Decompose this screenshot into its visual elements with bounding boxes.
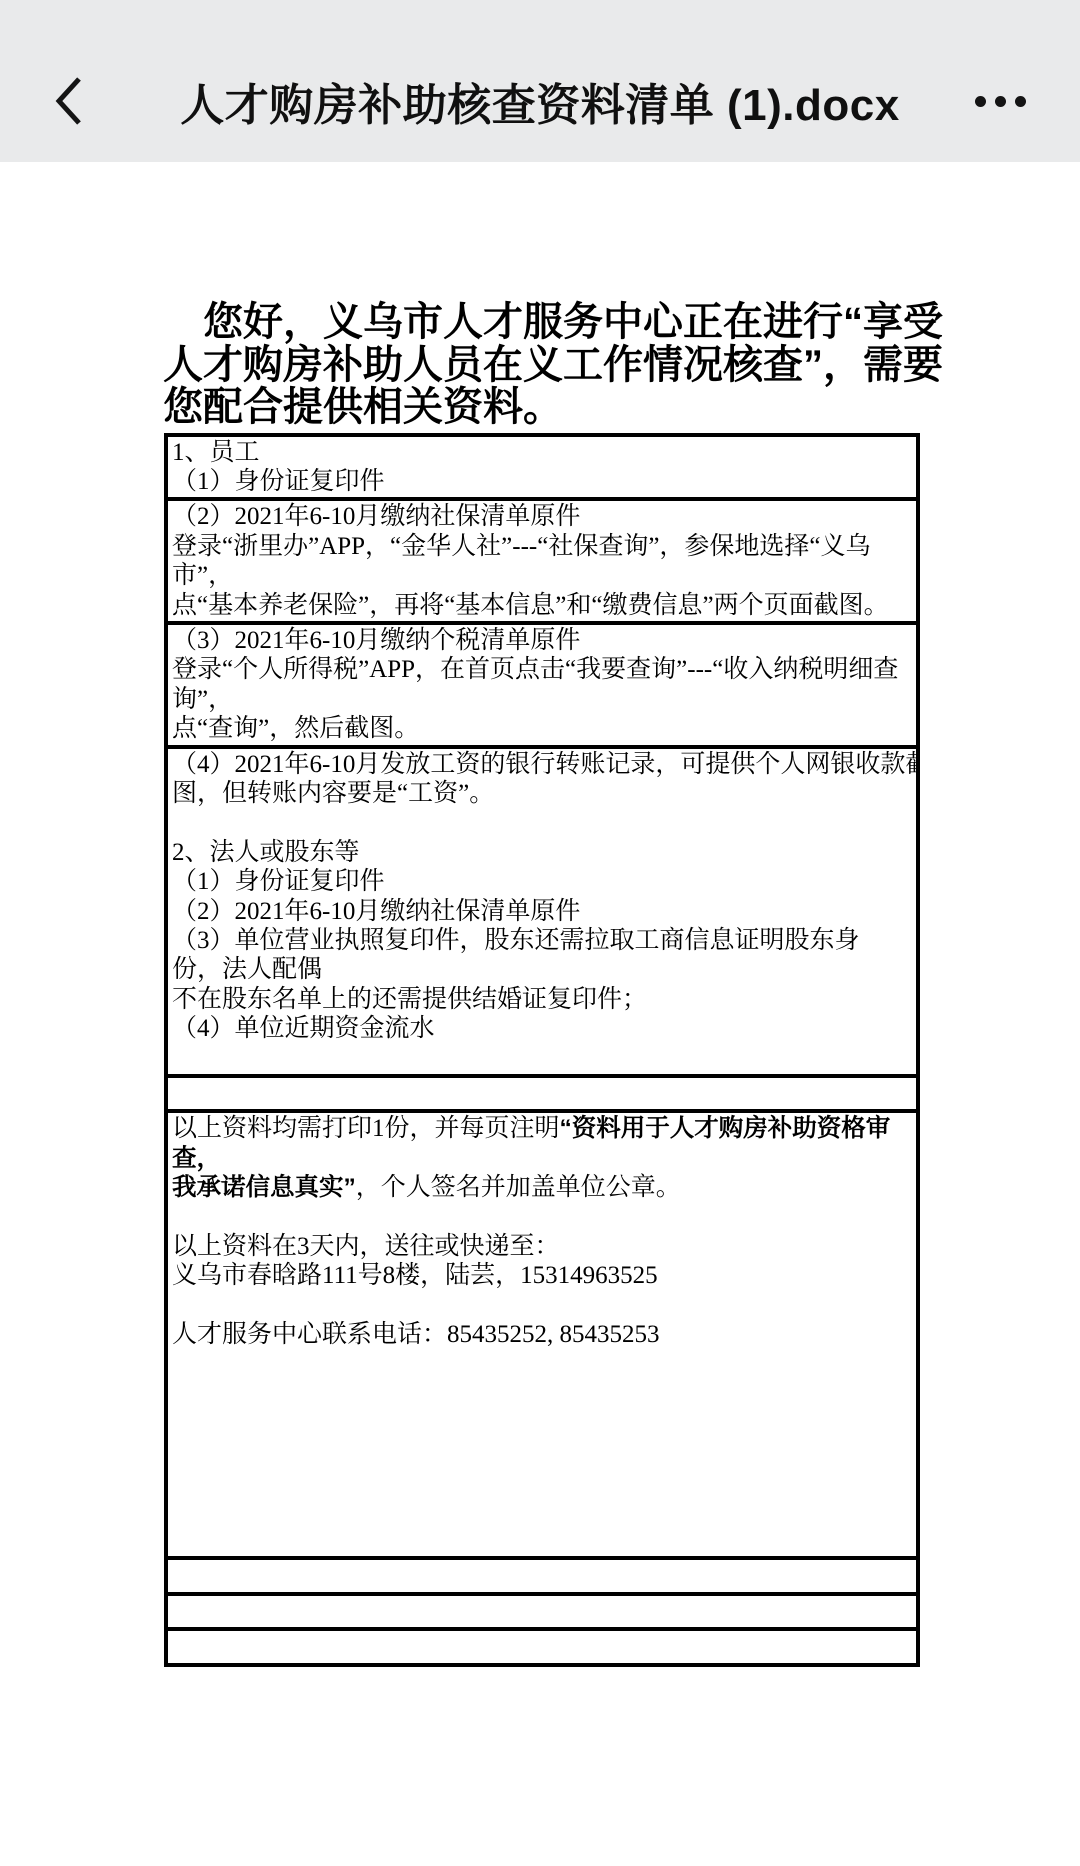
doc-line: 不在股东名单上的还需提供结婚证复印件； — [172, 985, 912, 1014]
table-cell: （2）2021年6-10月缴纳社保清单原件登录“浙里办”APP，“金华人社”--… — [166, 499, 918, 623]
doc-line: （3）2021年6-10月缴纳个税清单原件 — [172, 626, 912, 655]
doc-line — [172, 1561, 912, 1590]
table-cell — [166, 1558, 918, 1593]
document-page: 您好，义乌市人才服务中心正在进行“享受人才购房补助人员在义工作情况核查”，需要您… — [0, 162, 1080, 1667]
doc-line: 以上资料在3天内，送往或快递至： — [172, 1232, 912, 1261]
table-cell: （3）2021年6-10月缴纳个税清单原件登录“个人所得税”APP，在首页点击“… — [166, 623, 918, 747]
bold-text: 查， — [172, 1145, 221, 1172]
table-row — [166, 1558, 918, 1593]
intro-paragraph: 您好，义乌市人才服务中心正在进行“享受人才购房补助人员在义工作情况核查”，需要您… — [163, 301, 963, 429]
doc-line: 点“查询”，然后截图。 — [172, 714, 912, 743]
doc-line — [172, 1408, 912, 1437]
table-cell: 1、员工（1）身份证复印件 — [166, 435, 918, 500]
doc-line: 询”， — [172, 685, 912, 714]
doc-line — [172, 1467, 912, 1496]
doc-line — [172, 1597, 912, 1626]
doc-line: 以上资料均需打印1份，并每页注明“资料用于人才购房补助资格审 — [172, 1114, 912, 1143]
doc-line: （2）2021年6-10月缴纳社保清单原件 — [172, 897, 912, 926]
doc-line: 市”， — [172, 561, 912, 590]
doc-line: 图，但转账内容要是“工资”。 — [172, 779, 912, 808]
doc-line — [172, 1350, 912, 1379]
ellipsis-icon — [995, 96, 1006, 107]
table-cell: （4）2021年6-10月发放工资的银行转账记录，可提供个人网银收款截图，但转账… — [166, 747, 918, 1076]
table-row: 1、员工（1）身份证复印件 — [166, 435, 918, 500]
doc-line: 我承诺信息真实”，个人签名并加盖单位公章。 — [172, 1173, 912, 1202]
bold-text: 我承诺信息真实” — [172, 1174, 356, 1201]
requirements-table: 1、员工（1）身份证复印件（2）2021年6-10月缴纳社保清单原件登录“浙里办… — [164, 433, 920, 1667]
page-title: 人才购房补助核查资料清单 (1).docx — [180, 69, 899, 133]
ellipsis-icon — [975, 96, 986, 107]
regular-text: ，个人签名并加盖单位公章。 — [356, 1174, 681, 1201]
doc-line: 义乌市春晗路111号8楼，陆芸，15314963525 — [172, 1261, 912, 1290]
table-row: （4）2021年6-10月发放工资的银行转账记录，可提供个人网银收款截图，但转账… — [166, 747, 918, 1076]
intro-line: 您好，义乌市人才服务中心正在进行“享受 — [163, 301, 963, 344]
table-row — [166, 1629, 918, 1664]
ellipsis-icon — [1015, 96, 1026, 107]
table-row: （3）2021年6-10月缴纳个税清单原件登录“个人所得税”APP，在首页点击“… — [166, 623, 918, 747]
doc-preview-screen: 人才购房补助核查资料清单 (1).docx 您好，义乌市人才服务中心正在进行“享… — [0, 0, 1080, 1667]
table-row — [166, 1594, 918, 1629]
status-bar — [0, 0, 1080, 40]
table-cell — [166, 1629, 918, 1664]
table-row: 以上资料均需打印1份，并每页注明“资料用于人才购房补助资格审查，我承诺信息真实”… — [166, 1111, 918, 1558]
doc-line — [172, 1497, 912, 1526]
regular-text: 以上资料均需打印1份，并每页注明 — [172, 1115, 560, 1142]
doc-line: 人才服务中心联系电话：85435252, 85435253 — [172, 1320, 912, 1349]
doc-line: （4）2021年6-10月发放工资的银行转账记录，可提供个人网银收款截 — [172, 750, 912, 779]
table-cell: 以上资料均需打印1份，并每页注明“资料用于人才购房补助资格审查，我承诺信息真实”… — [166, 1111, 918, 1558]
doc-line — [172, 1438, 912, 1467]
doc-line — [172, 1079, 912, 1108]
doc-line — [172, 1379, 912, 1408]
doc-line: （1）身份证复印件 — [172, 467, 912, 496]
back-button[interactable] — [38, 40, 98, 162]
header-bar: 人才购房补助核查资料清单 (1).docx — [0, 40, 1080, 162]
doc-line — [172, 1526, 912, 1555]
doc-line: 2、法人或股东等 — [172, 838, 912, 867]
doc-line: （2）2021年6-10月缴纳社保清单原件 — [172, 502, 912, 531]
table-cell — [166, 1594, 918, 1629]
doc-line: 1、员工 — [172, 438, 912, 467]
intro-line: 人才购房补助人员在义工作情况核查”，需要 — [163, 344, 963, 387]
doc-line — [172, 1044, 912, 1073]
doc-line — [172, 1632, 912, 1661]
table-cell — [166, 1076, 918, 1111]
chevron-left-icon — [53, 75, 83, 127]
bold-text: “资料用于人才购房补助资格审 — [560, 1115, 891, 1142]
doc-line: （3）单位营业执照复印件，股东还需拉取工商信息证明股东身 — [172, 926, 912, 955]
table-row: （2）2021年6-10月缴纳社保清单原件登录“浙里办”APP，“金华人社”--… — [166, 499, 918, 623]
doc-line: （1）身份证复印件 — [172, 867, 912, 896]
doc-line: （4）单位近期资金流水 — [172, 1014, 912, 1043]
doc-line: 查， — [172, 1144, 912, 1173]
intro-line: 您配合提供相关资料。 — [163, 386, 963, 429]
doc-line: 登录“个人所得税”APP，在首页点击“我要查询”---“收入纳税明细查 — [172, 655, 912, 684]
doc-line — [172, 808, 912, 837]
more-menu-button[interactable] — [969, 40, 1032, 162]
doc-line — [172, 1291, 912, 1320]
doc-line: 份，法人配偶 — [172, 955, 912, 984]
doc-line — [172, 1203, 912, 1232]
doc-line: 登录“浙里办”APP，“金华人社”---“社保查询”，参保地选择“义乌 — [172, 532, 912, 561]
table-row — [166, 1076, 918, 1111]
doc-line: 点“基本养老保险”，再将“基本信息”和“缴费信息”两个页面截图。 — [172, 591, 912, 620]
